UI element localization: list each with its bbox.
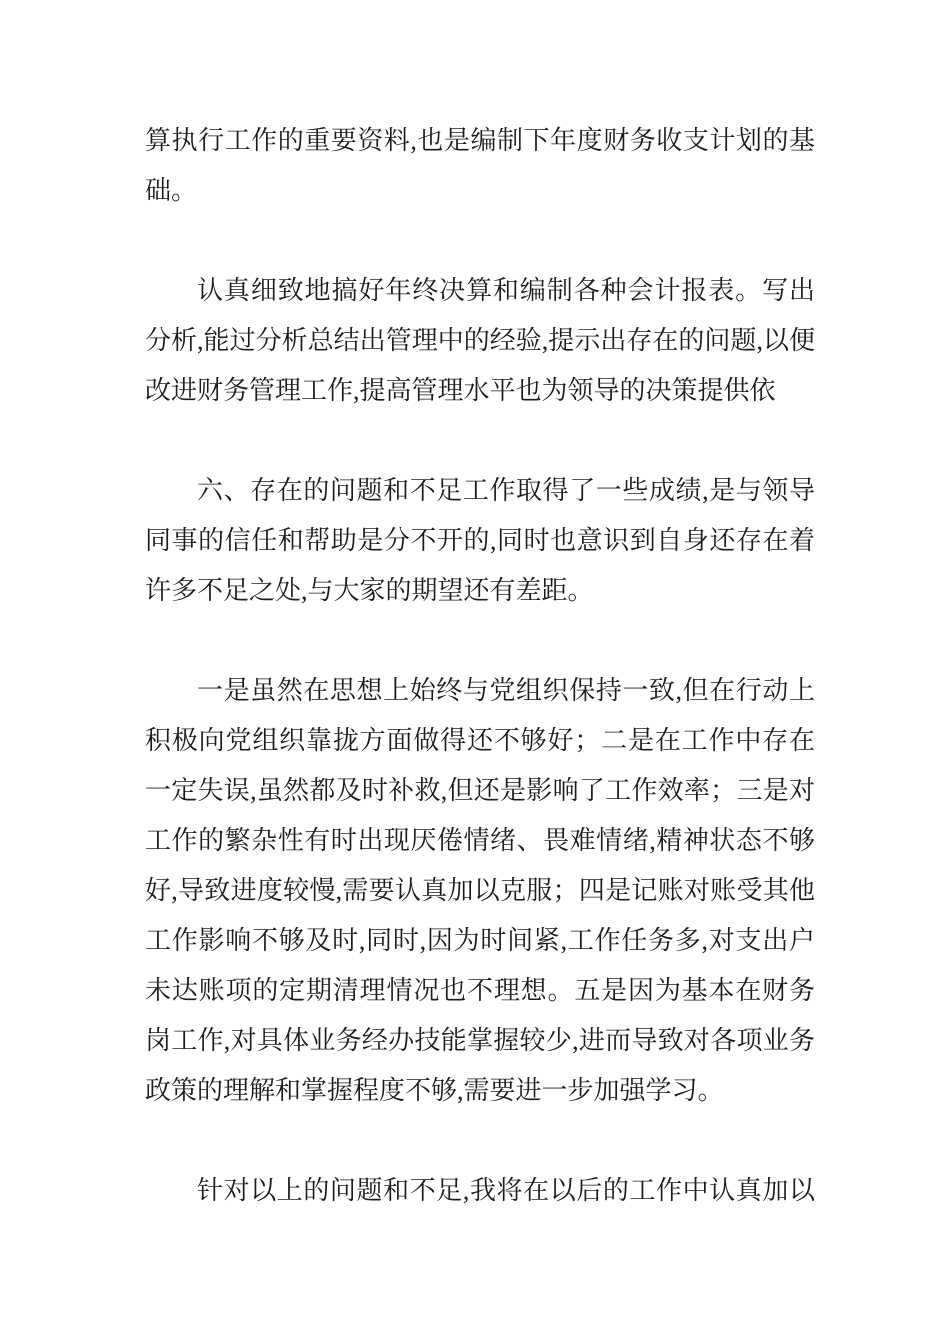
text-line: 许多不足之处,与大家的期望还有差距。: [145, 566, 815, 616]
text-line: 一是虽然在思想上始终与党组织保持一致,但在行动上: [145, 666, 815, 716]
text-line: 一定失误,虽然都及时补救,但还是影响了工作效率；三是对: [145, 766, 815, 816]
text-line: 政策的理解和掌握程度不够,需要进一步加强学习。: [145, 1066, 815, 1116]
paragraph-5: 针对以上的问题和不足,我将在以后的工作中认真加以: [145, 1166, 815, 1216]
text-line: 改进财务管理工作,提高管理水平也为领导的决策提供依据。: [145, 366, 815, 416]
text-line: 认真细致地搞好年终决算和编制各种会计报表。写出: [145, 266, 815, 316]
document-text-block: 算执行工作的重要资料,也是编制下年度财务收支计划的基础。认真细致地搞好年终决算和…: [145, 116, 815, 1216]
paragraph-1: 算执行工作的重要资料,也是编制下年度财务收支计划的基础。: [145, 116, 815, 216]
text-line: 算执行工作的重要资料,也是编制下年度财务收支计划的基: [145, 116, 815, 166]
text-line: 分析,能过分析总结出管理中的经验,提示出存在的问题,以便: [145, 316, 815, 366]
paragraph-2: 认真细致地搞好年终决算和编制各种会计报表。写出分析,能过分析总结出管理中的经验,…: [145, 266, 815, 416]
paragraph-3: 六、存在的问题和不足工作取得了一些成绩,是与领导同事的信任和帮助是分不开的,同时…: [145, 466, 815, 616]
text-line: 工作影响不够及时,同时,因为时间紧,工作任务多,对支出户: [145, 916, 815, 966]
text-line: 础。: [145, 166, 815, 216]
text-line: 工作的繁杂性有时出现厌倦情绪、畏难情绪,精神状态不够: [145, 816, 815, 866]
document-page: 算执行工作的重要资料,也是编制下年度财务收支计划的基础。认真细致地搞好年终决算和…: [0, 0, 950, 1344]
text-line: 同事的信任和帮助是分不开的,同时也意识到自身还存在着: [145, 516, 815, 566]
text-line: 针对以上的问题和不足,我将在以后的工作中认真加以: [145, 1166, 815, 1216]
text-line: 积极向党组织靠拢方面做得还不够好；二是在工作中存在: [145, 716, 815, 766]
text-line: 六、存在的问题和不足工作取得了一些成绩,是与领导: [145, 466, 815, 516]
paragraph-4: 一是虽然在思想上始终与党组织保持一致,但在行动上积极向党组织靠拢方面做得还不够好…: [145, 666, 815, 1116]
text-line: 岗工作,对具体业务经办技能掌握较少,进而导致对各项业务: [145, 1016, 815, 1066]
text-line: 未达账项的定期清理情况也不理想。五是因为基本在财务: [145, 966, 815, 1016]
text-line: 好,导致进度较慢,需要认真加以克服；四是记账对账受其他: [145, 866, 815, 916]
